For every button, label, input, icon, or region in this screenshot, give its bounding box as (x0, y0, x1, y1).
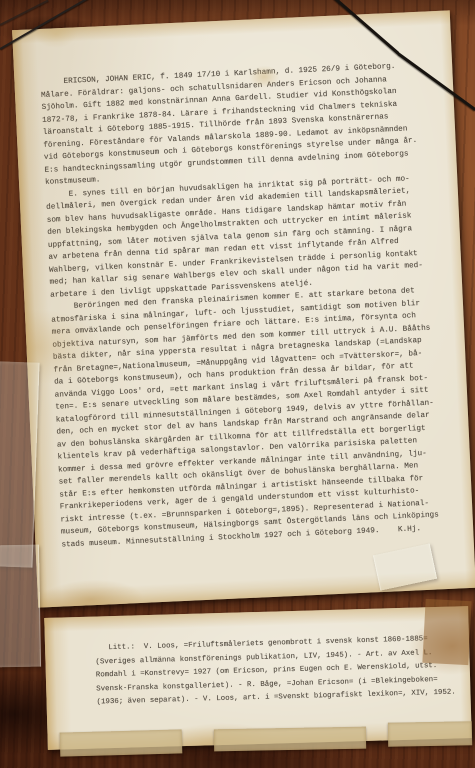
tape-piece-strip-bottom-right (388, 721, 472, 746)
tape-piece-strip-bottom-center (214, 727, 366, 752)
photo-of-typed-document: ERICSON, JOHAN ERIC, f. 1849 17/10 i Kar… (0, 0, 475, 768)
biography-text-block: ERICSON, JOHAN ERIC, f. 1849 17/10 i Kar… (40, 60, 439, 552)
tape-stain-right-of-strip (422, 599, 471, 665)
tape-piece-left-lower (0, 545, 41, 668)
main-document-sheet: ERICSON, JOHAN ERIC, f. 1849 17/10 i Kar… (12, 10, 475, 607)
literature-text-block: Litt.: V. Loos, =Friluftsmåleriets genom… (95, 633, 456, 711)
tape-piece-strip-bottom-left (60, 729, 183, 756)
